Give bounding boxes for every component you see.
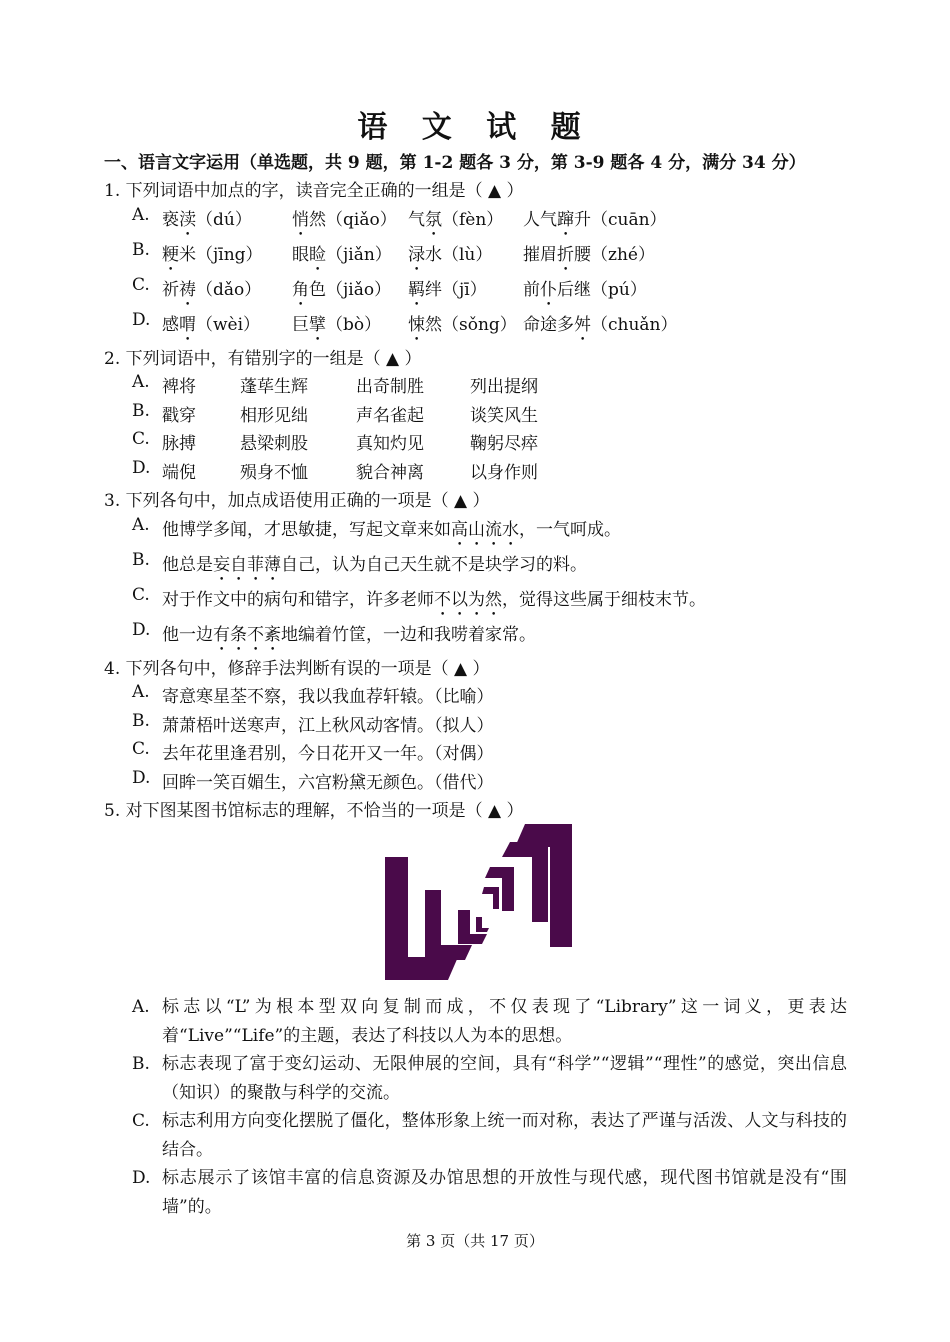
dotted-character: 渎 xyxy=(179,210,196,230)
option-label: B. xyxy=(132,550,150,570)
word-with-pinyin: 人气蹿升（cuān） xyxy=(523,205,667,240)
word-prefix: 祈 xyxy=(162,280,179,300)
section-heading: 一、语言文字运用（单选题，共 9 题，第 1-2 题各 3 分，第 3-9 题各… xyxy=(104,148,806,173)
word-with-pinyin: 悄然（qiǎo） xyxy=(292,205,397,240)
word-with-pinyin: 气氛（fèn） xyxy=(408,205,503,240)
option-label: C. xyxy=(132,739,150,759)
option-paragraph: B.标志表现了富于变幻运动、无限伸展的空间，具有“科学”“逻辑”“理性”的感觉，… xyxy=(132,1050,847,1108)
word: 脉搏 xyxy=(162,429,196,454)
pinyin: （dú） xyxy=(196,210,252,230)
pinyin: （jiǎo） xyxy=(326,280,391,300)
option-text: 标志利用方向变化摆脱了僵化，整体形象上统一而对称，表达了严谨与活泼、人文与科技的… xyxy=(162,1107,847,1165)
dotted-character: 折 xyxy=(557,245,574,265)
question-2-stem: 2. 下列词语中，有错别字的一组是（ ▲ ） xyxy=(104,344,422,369)
question-4-stem: 4. 下列各句中，修辞手法判断有误的一项是（ ▲ ） xyxy=(104,654,490,679)
word: 戳穿 xyxy=(162,401,196,426)
option-label: A. xyxy=(132,205,150,225)
word-with-pinyin: 感喟（wèi） xyxy=(162,310,260,345)
library-logo-icon xyxy=(380,822,580,982)
sentence: 他一边有条不紊地编着竹筐，一边和我唠着家常。 xyxy=(162,620,536,655)
dotted-character: 祷 xyxy=(179,280,196,300)
word: 以身作则 xyxy=(470,458,538,483)
word-suffix: 后继 xyxy=(557,280,591,300)
word: 真知灼见 xyxy=(356,429,424,454)
pinyin: （cuān） xyxy=(591,210,667,230)
sentence-prefix: 对于作文中的病句和错字，许多老师 xyxy=(162,590,434,610)
sentence-suffix: 自己，认为自己天生就不是块学习的料。 xyxy=(281,555,587,575)
sentence-suffix: 地编着竹筐，一边和我唠着家常。 xyxy=(281,625,536,645)
option-label: C. xyxy=(132,429,150,449)
dotted-character: 渌 xyxy=(408,245,425,265)
option-label: D. xyxy=(132,620,150,640)
word-with-pinyin: 摧眉折腰（zhé） xyxy=(523,240,655,275)
option-text: 去年花里逢君别，今日花开又一年。（对偶） xyxy=(162,739,494,764)
option-text: 标志表现了富于变幻运动、无限伸展的空间，具有“科学”“逻辑”“理性”的感觉，突出… xyxy=(162,1050,847,1108)
word: 裨将 xyxy=(162,372,196,397)
word: 相形见绌 xyxy=(240,401,308,426)
word-with-pinyin: 悚然（sǒng） xyxy=(408,310,517,345)
dotted-idiom: 高山流水 xyxy=(451,520,519,540)
option-label: C. xyxy=(132,1107,150,1136)
word-suffix: 升 xyxy=(574,210,591,230)
word-with-pinyin: 羁绊（jī） xyxy=(408,275,487,310)
option-label: A. xyxy=(132,993,150,1022)
pinyin: （jīng） xyxy=(196,245,263,265)
word-with-pinyin: 渌水（lù） xyxy=(408,240,492,275)
option-label: D. xyxy=(132,768,150,788)
option-label: A. xyxy=(132,515,150,535)
word-with-pinyin: 角色（jiǎo） xyxy=(292,275,391,310)
question-1-stem: 1. 下列词语中加点的字，读音完全正确的一组是（ ▲ ） xyxy=(104,176,524,201)
dotted-character: 舛 xyxy=(574,315,591,335)
option-label: D. xyxy=(132,458,150,478)
word-suffix: 然 xyxy=(309,210,326,230)
option-text: 回眸一笑百媚生，六宫粉黛无颜色。（借代） xyxy=(162,768,494,793)
sentence: 他博学多闻，才思敏捷，写起文章来如高山流水，一气呵成。 xyxy=(162,515,621,550)
dotted-character: 粳 xyxy=(162,245,179,265)
word: 出奇制胜 xyxy=(356,372,424,397)
dotted-character: 仆 xyxy=(540,280,557,300)
dotted-character: 羁 xyxy=(408,280,425,300)
word-with-pinyin: 命途多舛（chuǎn） xyxy=(523,310,678,345)
word-prefix: 感 xyxy=(162,315,179,335)
word: 貌合神离 xyxy=(356,458,424,483)
word-with-pinyin: 亵渎（dú） xyxy=(162,205,252,240)
word-suffix: 米 xyxy=(179,245,196,265)
option-text: 标志以“L”为根本型双向复制而成，不仅表现了“Library”这一词义，更表达着… xyxy=(162,993,847,1051)
pinyin: （wèi） xyxy=(196,315,260,335)
option-label: D. xyxy=(132,1164,150,1193)
word: 端倪 xyxy=(162,458,196,483)
word-prefix: 摧眉 xyxy=(523,245,557,265)
pinyin: （sǒng） xyxy=(442,315,517,335)
dotted-character: 悄 xyxy=(292,210,309,230)
option-label: D. xyxy=(132,310,150,330)
option-paragraph: D.标志展示了该馆丰富的信息资源及办馆思想的开放性与现代感，现代图书馆就是没有“… xyxy=(132,1164,847,1222)
word: 殒身不恤 xyxy=(240,458,308,483)
sentence-prefix: 他总是 xyxy=(162,555,213,575)
option-label: A. xyxy=(132,372,150,392)
question-5-stem: 5. 对下图某图书馆标志的理解，不恰当的一项是（ ▲ ） xyxy=(104,796,524,821)
option-text: 萧萧梧叶送寒声，江上秋风动客情。（拟人） xyxy=(162,711,494,736)
sentence-suffix: ，觉得这些属于细枝末节。 xyxy=(502,590,706,610)
word-with-pinyin: 眼睑（jiǎn） xyxy=(292,240,392,275)
word: 谈笑风生 xyxy=(470,401,538,426)
word-suffix: 腰 xyxy=(574,245,591,265)
word-prefix: 命途多 xyxy=(523,315,574,335)
pinyin: （jī） xyxy=(442,280,487,300)
sentence-suffix: ，一气呵成。 xyxy=(519,520,621,540)
word: 悬梁刺股 xyxy=(240,429,308,454)
dotted-character: 蹿 xyxy=(557,210,574,230)
word-suffix: 然 xyxy=(425,315,442,335)
option-paragraph: C.标志利用方向变化摆脱了僵化，整体形象上统一而对称，表达了严谨与活泼、人文与科… xyxy=(132,1107,847,1165)
word: 蓬荜生辉 xyxy=(240,372,308,397)
word-prefix: 亵 xyxy=(162,210,179,230)
dotted-idiom: 不以为然 xyxy=(434,590,502,610)
option-label: C. xyxy=(132,275,150,295)
dotted-idiom: 有条不紊 xyxy=(213,625,281,645)
pinyin: （fèn） xyxy=(442,210,503,230)
pinyin: （dǎo） xyxy=(196,280,261,300)
pinyin: （jiǎn） xyxy=(326,245,392,265)
page-title: 语 文 试 题 xyxy=(0,102,950,146)
pinyin: （qiǎo） xyxy=(326,210,397,230)
exam-page: 语 文 试 题 一、语言文字运用（单选题，共 9 题，第 1-2 题各 3 分，… xyxy=(0,0,950,1342)
word: 鞠躬尽瘁 xyxy=(470,429,538,454)
option-label: C. xyxy=(132,585,150,605)
option-label: B. xyxy=(132,401,150,421)
option-label: A. xyxy=(132,682,150,702)
word-suffix: 色 xyxy=(309,280,326,300)
pinyin: （bò） xyxy=(326,315,381,335)
word-prefix: 眼 xyxy=(292,245,309,265)
pinyin: （lù） xyxy=(442,245,492,265)
word-prefix: 前 xyxy=(523,280,540,300)
word-prefix: 人气 xyxy=(523,210,557,230)
word-with-pinyin: 粳米（jīng） xyxy=(162,240,263,275)
word-prefix: 气 xyxy=(408,210,425,230)
word-suffix: 绊 xyxy=(425,280,442,300)
pinyin: （chuǎn） xyxy=(591,315,678,335)
word-with-pinyin: 前仆后继（pú） xyxy=(523,275,647,310)
dotted-character: 悚 xyxy=(408,315,425,335)
dotted-character: 睑 xyxy=(309,245,326,265)
word: 声名雀起 xyxy=(356,401,424,426)
word-prefix: 巨 xyxy=(292,315,309,335)
word: 列出提纲 xyxy=(470,372,538,397)
option-label: B. xyxy=(132,1050,150,1079)
word-with-pinyin: 祈祷（dǎo） xyxy=(162,275,261,310)
dotted-idiom: 妄自菲薄 xyxy=(213,555,281,575)
option-text: 标志展示了该馆丰富的信息资源及办馆思想的开放性与现代感，现代图书馆就是没有“围墙… xyxy=(162,1164,847,1222)
word-with-pinyin: 巨擘（bò） xyxy=(292,310,381,345)
pinyin: （pú） xyxy=(591,280,647,300)
sentence: 他总是妄自菲薄自己，认为自己天生就不是块学习的料。 xyxy=(162,550,587,585)
dotted-character: 擘 xyxy=(309,315,326,335)
option-label: B. xyxy=(132,240,150,260)
option-label: B. xyxy=(132,711,150,731)
dotted-character: 角 xyxy=(292,280,309,300)
dotted-character: 喟 xyxy=(179,315,196,335)
word-suffix: 水 xyxy=(425,245,442,265)
question-3-stem: 3. 下列各句中，加点成语使用正确的一项是（ ▲ ） xyxy=(104,486,490,511)
option-paragraph: A.标志以“L”为根本型双向复制而成，不仅表现了“Library”这一词义，更表… xyxy=(132,993,847,1051)
sentence-prefix: 他一边 xyxy=(162,625,213,645)
sentence: 对于作文中的病句和错字，许多老师不以为然，觉得这些属于细枝末节。 xyxy=(162,585,706,620)
page-footer: 第 3 页（共 17 页） xyxy=(0,1230,950,1251)
option-text: 寄意寒星荃不察，我以我血荐轩辕。（比喻） xyxy=(162,682,494,707)
dotted-character: 氛 xyxy=(425,210,442,230)
pinyin: （zhé） xyxy=(591,245,655,265)
sentence-prefix: 他博学多闻，才思敏捷，写起文章来如 xyxy=(162,520,451,540)
